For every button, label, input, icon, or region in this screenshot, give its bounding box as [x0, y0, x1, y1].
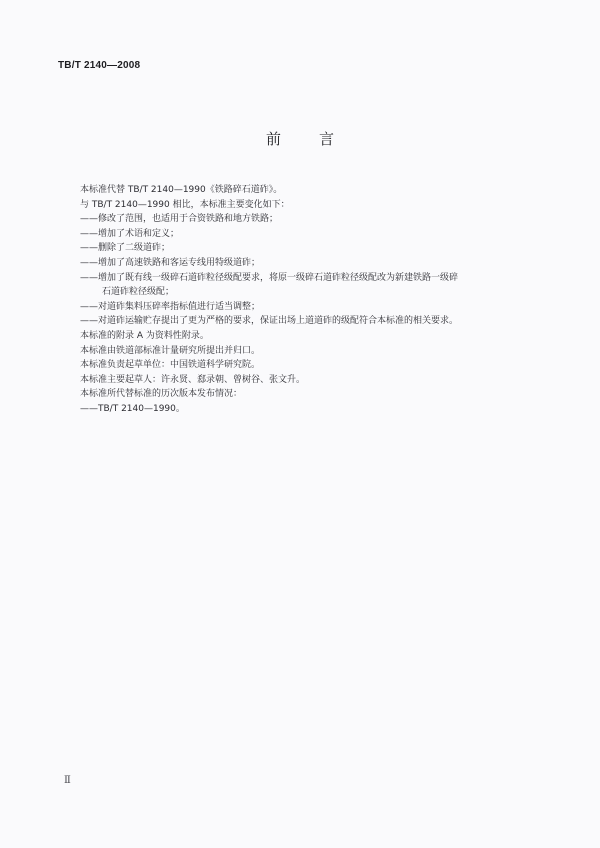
page-number: Ⅱ	[64, 775, 71, 786]
list-item: ——对道砟运输贮存提出了更为严格的要求，保证出场上道道砟的级配符合本标准的相关要…	[80, 314, 550, 329]
standard-code-header: TB/T 2140—2008	[58, 60, 140, 71]
list-item: ——增加了既有线一级碎石道砟粒径级配要求，将原一级碎石道砟粒径级配改为新建铁路一…	[80, 271, 550, 286]
list-item: ——删除了二级道砟；	[80, 241, 550, 256]
paragraph-line: 与 TB/T 2140—1990 相比，本标准主要变化如下：	[80, 198, 550, 213]
paragraph-line: 本标准所代替标准的历次版本发布情况：	[80, 387, 550, 402]
list-item: ——修改了范围，也适用于合资铁路和地方铁路；	[80, 212, 550, 227]
list-item-continuation: 石道砟粒径级配；	[80, 285, 550, 300]
list-item: ——增加了高速铁路和客运专线用特级道砟；	[80, 256, 550, 271]
paragraph-line: 本标准负责起草单位：中国铁道科学研究院。	[80, 358, 550, 373]
paragraph-line: 本标准由铁道部标准计量研究所提出并归口。	[80, 344, 550, 359]
list-item: ——TB/T 2140—1990。	[80, 402, 550, 417]
foreword-body: 本标准代替 TB/T 2140—1990《铁路碎石道砟》。 与 TB/T 214…	[80, 183, 550, 417]
page-title: 前言	[0, 128, 600, 149]
list-item: ——增加了术语和定义；	[80, 227, 550, 242]
paragraph-line: 本标准主要起草人：许永贤、郄录朝、曾树谷、张文升。	[80, 373, 550, 388]
list-item: ——对道砟集料压碎率指标值进行适当调整；	[80, 300, 550, 315]
paragraph-line: 本标准的附录 A 为资料性附录。	[80, 329, 550, 344]
paragraph-line: 本标准代替 TB/T 2140—1990《铁路碎石道砟》。	[80, 183, 550, 198]
